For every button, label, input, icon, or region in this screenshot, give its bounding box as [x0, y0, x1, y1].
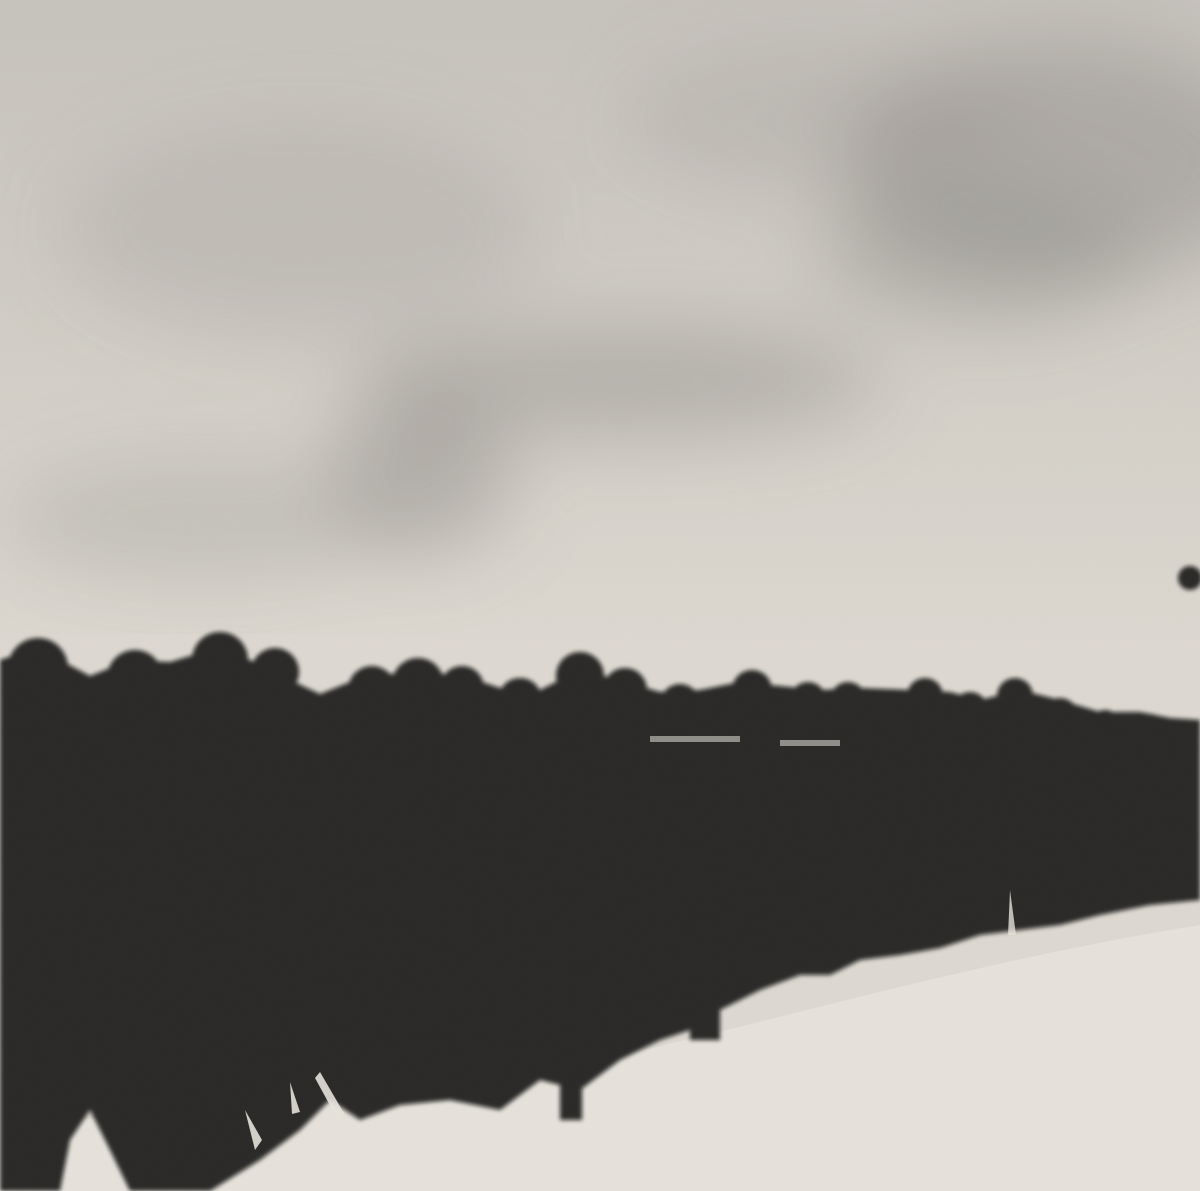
film-grain: [0, 0, 1200, 1191]
photograph: Grainy high-contrast black-and-white pho…: [0, 0, 1200, 1191]
photo-canvas: [0, 0, 1200, 1191]
